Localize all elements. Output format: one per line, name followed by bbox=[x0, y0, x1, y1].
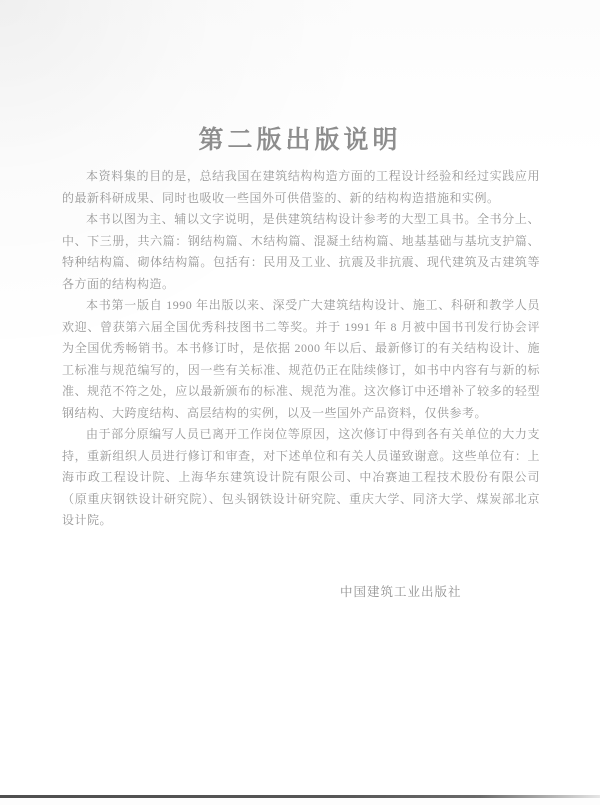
paragraph-acknowledgements: 由于部分原编写人员已离开工作岗位等原因，这次修订中得到各有关单位的大力支持，重新… bbox=[62, 424, 540, 532]
paragraph-first-edition-history: 本书第一版自 1990 年出版以来、深受广大建筑结构设计、施工、科研和教学人员欢… bbox=[62, 295, 540, 424]
paragraph-book-structure: 本书以图为主、辅以文字说明，是供建筑结构设计参考的大型工具书。全书分上、中、下三… bbox=[62, 209, 540, 295]
scan-margin-below-edge bbox=[0, 798, 600, 805]
document-body: 本资料集的目的是，总结我国在建筑结构构造方面的工程设计经验和经过实践应用的最新科… bbox=[62, 166, 540, 532]
paragraph-purpose: 本资料集的目的是，总结我国在建筑结构构造方面的工程设计经验和经过实践应用的最新科… bbox=[62, 166, 540, 209]
publisher-name: 中国建筑工业出版社 bbox=[340, 582, 462, 600]
page-title: 第二版出版说明 bbox=[0, 120, 600, 156]
scanned-page: 第二版出版说明 本资料集的目的是，总结我国在建筑结构构造方面的工程设计经验和经过… bbox=[0, 0, 600, 805]
